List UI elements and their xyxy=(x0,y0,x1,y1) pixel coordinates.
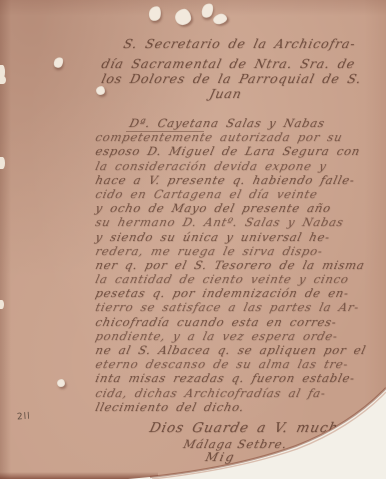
body-line: la consideración devida expone y xyxy=(94,159,368,173)
header-line-1: S. Secretario de la Archicofra- xyxy=(122,36,357,51)
closing-salutation: Dios Guarde a V. muchos xyxy=(148,420,357,436)
body-line: su hermano D. Antº. Salas y Nabas xyxy=(94,215,368,229)
paper-bottom-edge-shadow xyxy=(0,472,158,479)
header-line-2: día Sacramental de Ntra. Sra. de xyxy=(100,56,357,71)
closing-place-date: Málaga Setbre. xyxy=(182,437,289,451)
damage-spot xyxy=(52,56,65,70)
body-line: cido en Cartagena el día veinte xyxy=(94,187,368,201)
body-line: y siendo su única y universal he- xyxy=(94,230,368,244)
body-line: pesetas q. por indemnización de en- xyxy=(94,286,368,300)
header-line-4: Juan xyxy=(208,86,244,101)
body-line: eterno descanso de su alma las tre- xyxy=(94,357,368,371)
body-line: ne al S. Albacea q. se apliquen por el xyxy=(94,343,368,357)
body-line: chicofradía cuando esta en corres- xyxy=(94,315,368,329)
name-underline-flourish xyxy=(126,131,204,132)
body-line: la cantidad de ciento veinte y cinco xyxy=(94,272,368,286)
damage-spot xyxy=(212,12,228,25)
body-line: competentemente autorizada por su xyxy=(94,130,368,144)
body-line: cida, dichas Archicofradías al fa- xyxy=(94,386,368,400)
body-line: llecimiento del dicho. xyxy=(94,400,368,414)
edge-nick xyxy=(0,76,6,84)
body-line: Dª. Cayetana Salas y Nabas xyxy=(128,116,368,130)
margin-pencil-mark: 2ll xyxy=(17,412,31,423)
body-line: y ocho de Mayo del presente año xyxy=(94,201,368,215)
body-line: ner q. por el S. Tesorero de la misma xyxy=(94,258,368,272)
damage-spot xyxy=(148,5,163,22)
body-line: hace a V. presente q. habiendo falle- xyxy=(94,173,368,187)
body-line: tierro se satisface a las partes la Ar- xyxy=(94,300,368,314)
damage-spot xyxy=(174,8,192,26)
body-line: esposo D. Miguel de Lara Segura con xyxy=(94,144,368,158)
damage-spot xyxy=(96,86,105,95)
edge-nick xyxy=(0,300,4,309)
header-line-3: los Dolores de la Parroquial de S. xyxy=(100,71,363,86)
edge-nick xyxy=(0,157,5,169)
letter-scan: S. Secretario de la Archicofra- día Sacr… xyxy=(0,0,386,479)
letter-body: Dª. Cayetana Salas y Nabas competentemen… xyxy=(94,116,364,414)
signature-fragment: Mig xyxy=(204,450,237,464)
body-line: pondiente, y a la vez espera orde- xyxy=(94,329,368,343)
damage-spot xyxy=(57,379,65,387)
body-line: redera, me ruega le sirva dispo- xyxy=(94,244,368,258)
body-line: inta misas rezadas q. fueron estable- xyxy=(94,371,368,385)
